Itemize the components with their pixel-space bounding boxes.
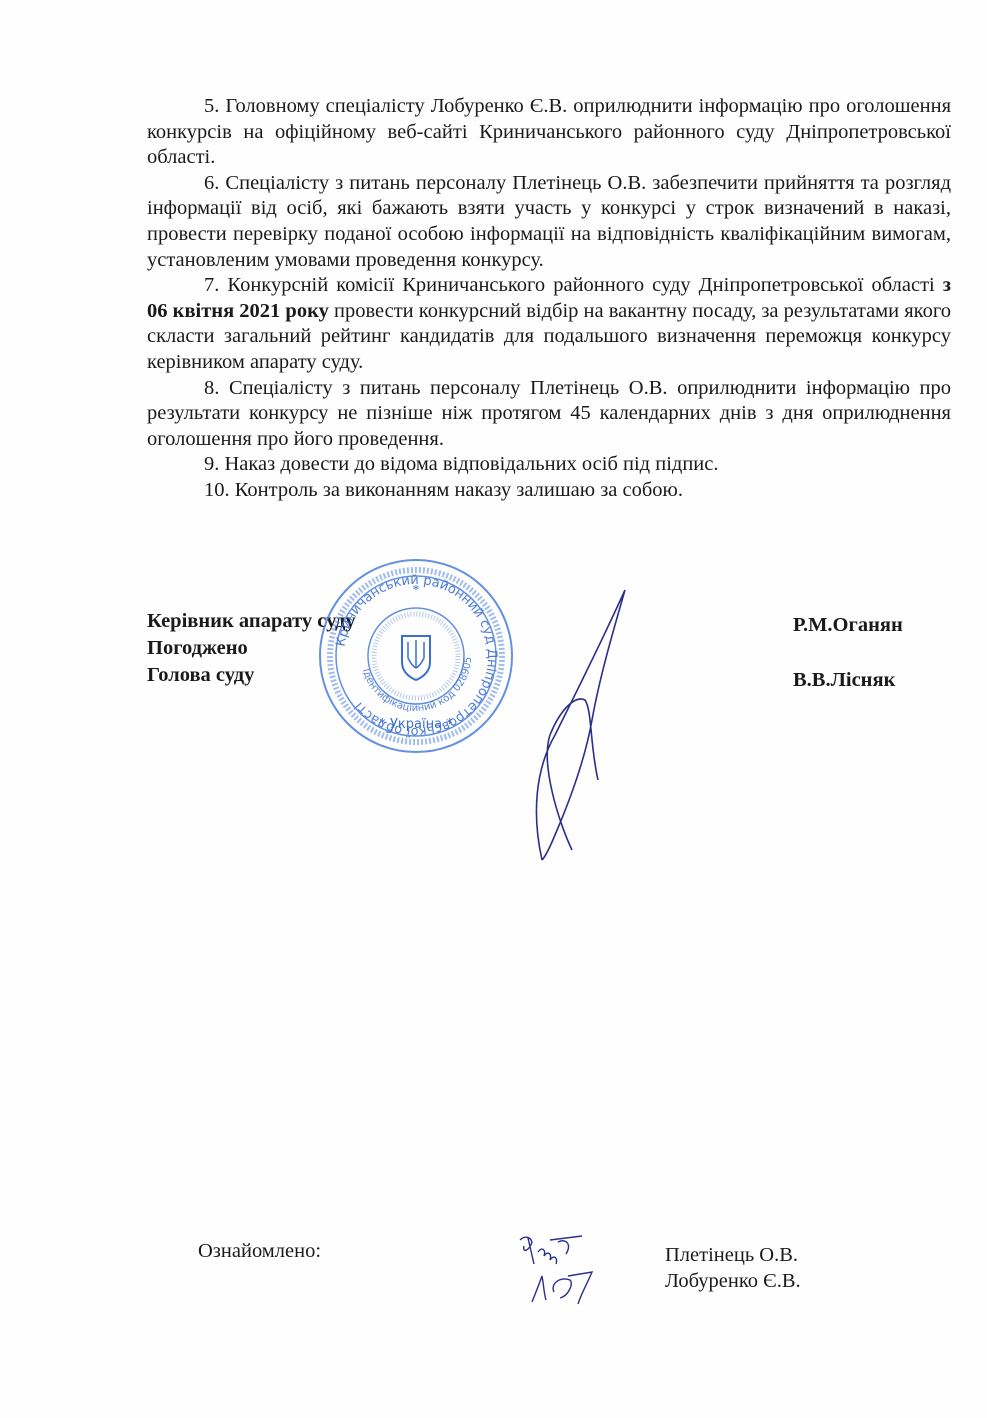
- paragraph-text: Конкурсній комісії Криничанського районн…: [227, 274, 942, 296]
- acknowledged-label: Ознайомлено:: [198, 1240, 321, 1263]
- paragraph-number: 10.: [204, 479, 230, 501]
- paragraph-text: Головному спеціалісту Лобуренко Є.В. опр…: [147, 95, 951, 168]
- svg-text:* Україна *: * Україна *: [379, 717, 453, 732]
- paragraph-10: 10. Контроль за виконанням наказу залиша…: [147, 478, 951, 504]
- paragraph-number: 7.: [204, 274, 219, 296]
- paragraph-9: 9. Наказ довести до відома відповідальни…: [147, 452, 951, 478]
- name-pletinets: Плетінець О.В.: [665, 1242, 801, 1268]
- paragraph-5: 5. Головному спеціалісту Лобуренко Є.В. …: [147, 94, 951, 171]
- paragraph-7: 7. Конкурсній комісії Криничанського рай…: [147, 273, 951, 375]
- paragraph-number: 5.: [204, 95, 219, 117]
- acknowledged-names: Плетінець О.В. Лобуренко Є.В.: [665, 1242, 801, 1294]
- court-stamp-icon: Криничанський районний суд Дніпропетровс…: [316, 556, 516, 756]
- name-lisnyak: В.В.Лісняк: [793, 669, 903, 724]
- paragraph-number: 9.: [204, 453, 219, 475]
- paragraph-text: Наказ довести до відома відповідальних о…: [225, 453, 719, 475]
- paragraph-8: 8. Спеціалісту з питань персоналу Плетін…: [147, 376, 951, 453]
- acknowledgement-signatures-icon: [510, 1232, 620, 1307]
- svg-text:*: *: [413, 583, 420, 598]
- signatory-names: Р.М.Оганян В.В.Лісняк: [793, 614, 903, 724]
- name-oganyan: Р.М.Оганян: [793, 614, 903, 669]
- paragraph-6: 6. Спеціалісту з питань персоналу Плетін…: [147, 171, 951, 273]
- name-loburenko: Лобуренко Є.В.: [665, 1268, 801, 1294]
- paragraph-text: Спеціалісту з питань персоналу Плетінець…: [147, 377, 951, 450]
- paragraph-number: 6.: [204, 172, 219, 194]
- paragraph-text: Спеціалісту з питань персоналу Плетінець…: [147, 172, 951, 271]
- head-signature-icon: [520, 585, 640, 885]
- document-page: 5. Головному спеціалісту Лобуренко Є.В. …: [0, 0, 987, 1418]
- paragraph-number: 8.: [204, 377, 219, 399]
- paragraph-text: Контроль за виконанням наказу залишаю за…: [235, 479, 683, 501]
- order-body: 5. Головному спеціалісту Лобуренко Є.В. …: [147, 94, 951, 504]
